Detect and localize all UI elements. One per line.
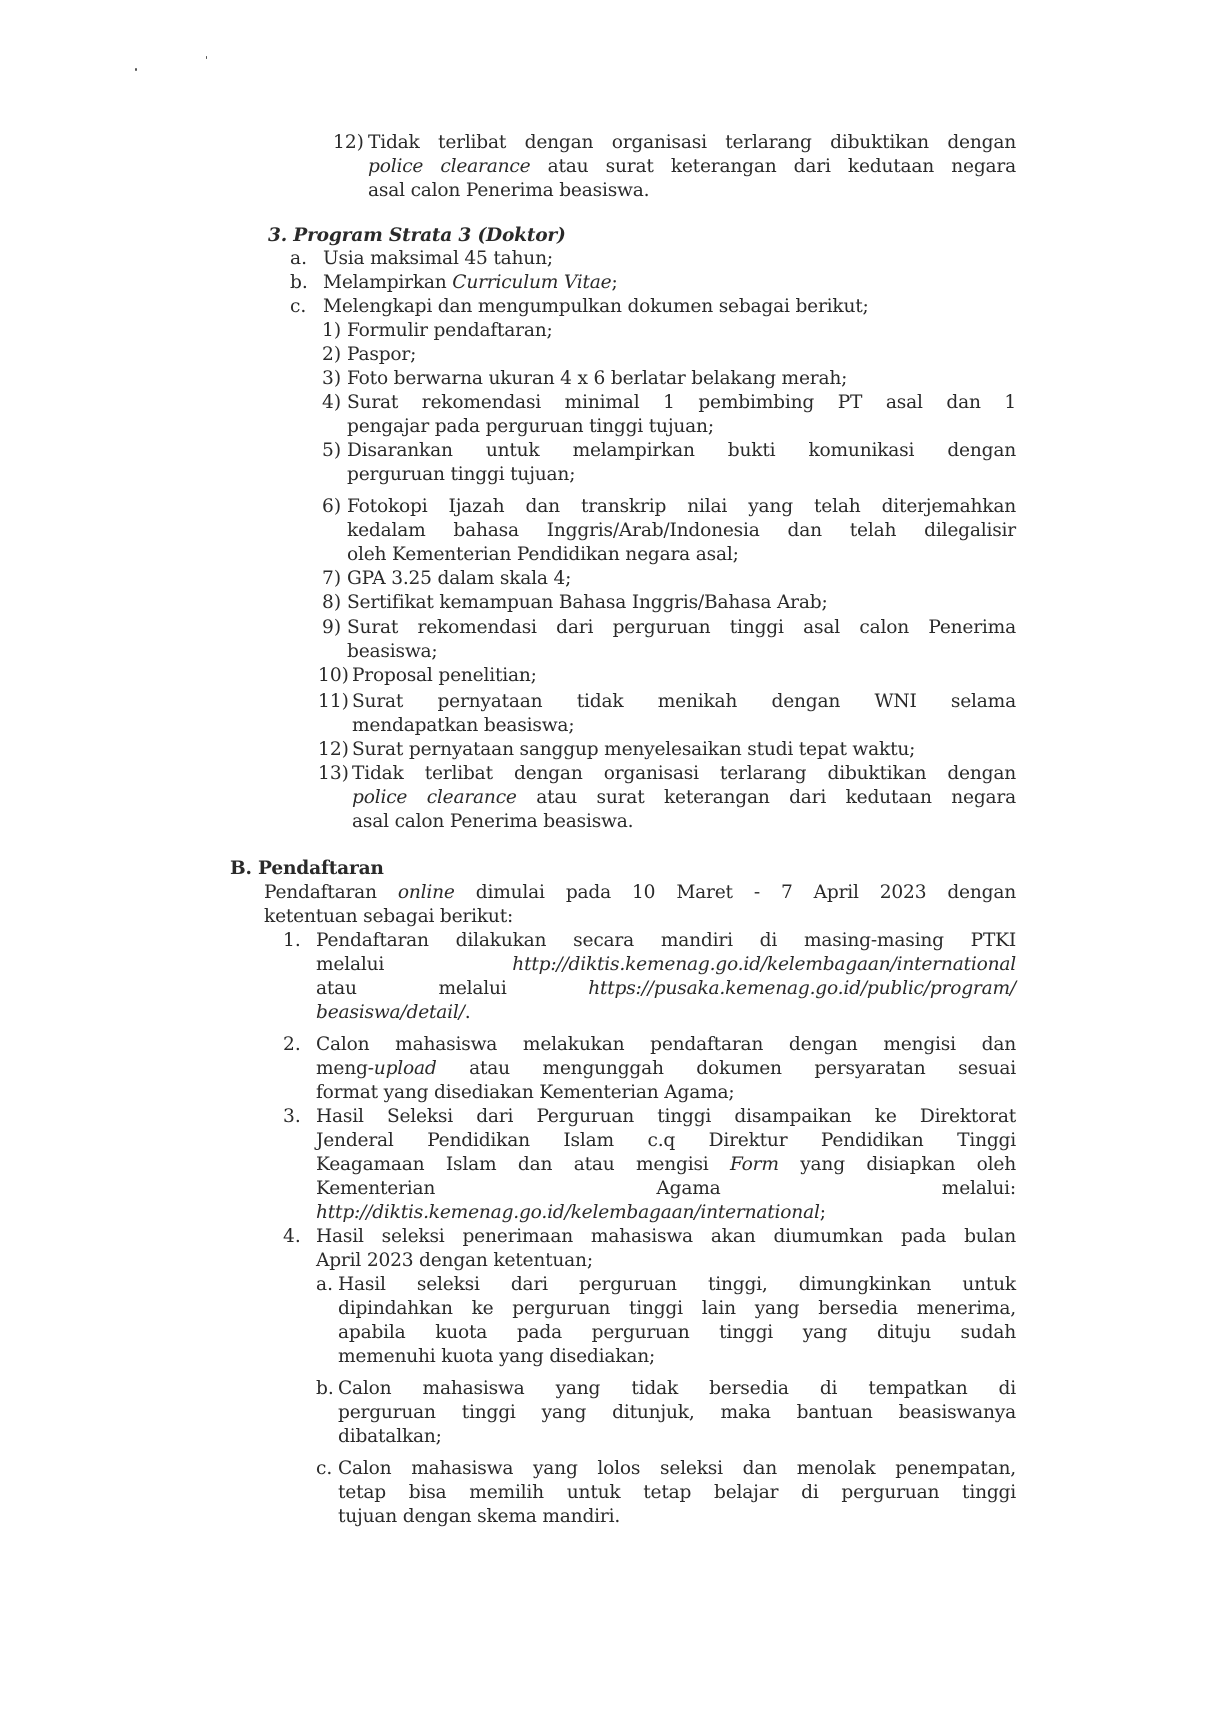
paragraph-line: Pendaftaran online dimulai pada 10 Maret…	[264, 881, 1016, 905]
item-number: 9)	[322, 616, 341, 640]
section-heading: B. Pendaftaran	[230, 857, 384, 881]
list-item: Usia maksimal 45 tahun;	[323, 247, 553, 271]
list-item: Foto berwarna ukuran 4 x 6 berlatar bela…	[347, 367, 847, 391]
link[interactable]: beasiswa/detail/	[316, 1002, 465, 1023]
item-number: 12)	[318, 738, 349, 762]
item-number: 11)	[318, 690, 349, 714]
item-number: 12)	[333, 131, 364, 155]
list-item: Melengkapi dan mengumpulkan dokumen seba…	[323, 295, 869, 319]
list-item-cont: April 2023 dengan ketentuan;	[316, 1249, 593, 1273]
list-item: Fotokopi Ijazah dan transkrip nilai yang…	[347, 495, 1016, 519]
item-number: 3)	[322, 367, 341, 391]
list-item-cont: tetap bisa memilih untuk tetap belajar d…	[338, 1481, 1016, 1505]
paragraph-line: ketentuan sebagai berikut:	[264, 905, 513, 929]
list-marker: b.	[290, 271, 308, 295]
section-heading: 3. Program Strata 3 (Doktor)	[268, 224, 566, 248]
list-item-cont: perguruan tinggi tujuan;	[347, 463, 575, 487]
item-number: 5)	[322, 439, 341, 463]
scan-speck	[135, 68, 137, 71]
list-item: Calon mahasiswa yang lolos seleksi dan m…	[338, 1457, 1016, 1481]
list-item: Formulir pendaftaran;	[347, 319, 553, 343]
list-item-cont: Keagamaan Islam dan atau mengisi Form ya…	[316, 1153, 1016, 1177]
list-marker: c.	[316, 1457, 332, 1481]
list-item: Surat pernyataan sanggup menyelesaikan s…	[352, 738, 915, 762]
link[interactable]: https://pusaka.kemenag.go.id/public/prog…	[588, 977, 1016, 1001]
list-item-cont: melaluihttp://diktis.kemenag.go.id/kelem…	[316, 953, 1016, 977]
list-item: Surat rekomendasi minimal 1 pembimbing P…	[347, 391, 1016, 415]
item-number: 2.	[283, 1033, 301, 1057]
item-number: 3.	[283, 1105, 301, 1129]
list-item: Surat pernyataan tidak menikah dengan WN…	[352, 690, 1016, 714]
list-item-cont: memenuhi kuota yang disediakan;	[338, 1345, 655, 1369]
list-item-cont: http://diktis.kemenag.go.id/kelembagaan/…	[316, 1201, 826, 1225]
paragraph-line: asal calon Penerima beasiswa.	[368, 179, 649, 203]
item-number: 2)	[322, 343, 341, 367]
list-item-cont: KementerianAgamamelalui:	[316, 1177, 1016, 1201]
list-item: Calon mahasiswa yang tidak bersedia di t…	[338, 1377, 1016, 1401]
scan-speck	[206, 56, 207, 59]
list-item-cont: ataumelaluihttps://pusaka.kemenag.go.id/…	[316, 977, 1016, 1001]
item-number: 4)	[322, 391, 341, 415]
list-item: Hasil seleksi penerimaan mahasiswa akan …	[316, 1225, 1016, 1249]
list-item-cont: Jenderal Pendidikan Islam c.q Direktur P…	[316, 1129, 1016, 1153]
list-item: Paspor;	[347, 343, 416, 367]
list-item: Tidak terlibat dengan organisasi terlara…	[352, 762, 1016, 786]
list-item-cont: dipindahkan ke perguruan tinggi lain yan…	[338, 1297, 1016, 1321]
list-item-cont: tujuan dengan skema mandiri.	[338, 1505, 620, 1529]
item-number: 10)	[318, 664, 349, 688]
list-item: Hasil Seleksi dari Perguruan tinggi disa…	[316, 1105, 1016, 1129]
list-item: Surat rekomendasi dari perguruan tinggi …	[347, 616, 1016, 640]
item-number: 13)	[318, 762, 349, 786]
list-item-cont: police clearance atau surat keterangan d…	[352, 786, 1016, 810]
list-item-cont: beasiswa/detail/.	[316, 1001, 470, 1025]
paragraph-line: police clearance atau surat keterangan d…	[368, 155, 1016, 179]
list-item-cont: meng-upload atau mengunggah dokumen pers…	[316, 1057, 1016, 1081]
item-number: 1.	[283, 929, 301, 953]
list-marker: b.	[316, 1377, 334, 1401]
list-item-cont: perguruan tinggi yang ditunjuk, maka ban…	[338, 1401, 1016, 1425]
item-number: 4.	[283, 1225, 301, 1249]
list-marker: c.	[290, 295, 306, 319]
link[interactable]: http://diktis.kemenag.go.id/kelembagaan/…	[316, 1202, 820, 1223]
list-item: Hasil seleksi dari perguruan tinggi, dim…	[338, 1273, 1016, 1297]
italic-term: police clearance	[368, 156, 530, 177]
list-item-cont: mendapatkan beasiswa;	[352, 714, 574, 738]
list-item-cont: beasiswa;	[347, 640, 438, 664]
list-item: GPA 3.25 dalam skala 4;	[347, 567, 571, 591]
item-number: 1)	[322, 319, 341, 343]
list-item-cont: kedalam bahasa Inggris/Arab/Indonesia da…	[347, 519, 1016, 543]
list-item: Disarankan untuk melampirkan bukti komun…	[347, 439, 1016, 463]
list-item: Melampirkan Curriculum Vitae;	[323, 271, 618, 295]
list-item: Calon mahasiswa melakukan pendaftaran de…	[316, 1033, 1016, 1057]
link[interactable]: http://diktis.kemenag.go.id/kelembagaan/…	[512, 953, 1016, 977]
paragraph-line: Tidak terlibat dengan organisasi terlara…	[368, 131, 1016, 155]
item-number: 8)	[322, 591, 341, 615]
list-marker: a.	[316, 1273, 333, 1297]
list-item-cont: asal calon Penerima beasiswa.	[352, 810, 633, 834]
list-item-cont: dibatalkan;	[338, 1425, 442, 1449]
document-page: 12) Tidak terlibat dengan organisasi ter…	[0, 0, 1217, 1719]
list-item: Pendaftaran dilakukan secara mandiri di …	[316, 929, 1016, 953]
list-marker: a.	[290, 247, 307, 271]
list-item: Proposal penelitian;	[352, 664, 537, 688]
list-item-cont: format yang disediakan Kementerian Agama…	[316, 1081, 735, 1105]
list-item-cont: apabila kuota pada perguruan tinggi yang…	[338, 1321, 1016, 1345]
item-number: 6)	[322, 495, 341, 519]
list-item-cont: pengajar pada perguruan tinggi tujuan;	[347, 415, 714, 439]
item-number: 7)	[322, 567, 341, 591]
list-item-cont: oleh Kementerian Pendidikan negara asal;	[347, 543, 739, 567]
list-item: Sertifikat kemampuan Bahasa Inggris/Baha…	[347, 591, 828, 615]
